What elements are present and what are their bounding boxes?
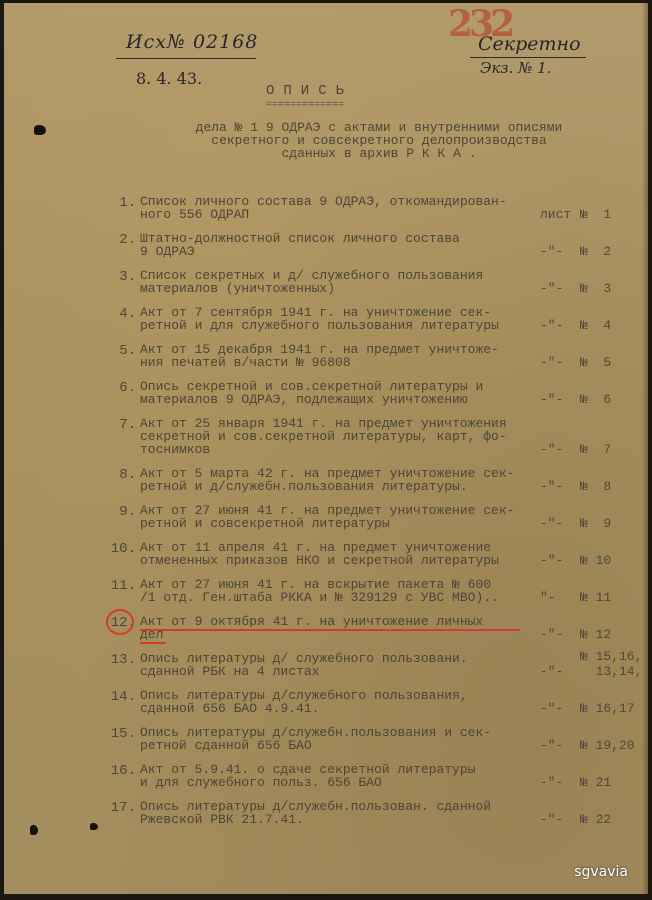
- item-number: 5.: [104, 343, 136, 359]
- item-sheet-ref: № 19,20: [580, 738, 650, 753]
- item-ditto-mark: -"-: [540, 627, 563, 642]
- item-ditto-mark: -"-: [540, 516, 563, 531]
- item-ditto-mark: -"-: [540, 701, 563, 716]
- red-underline: [140, 629, 520, 631]
- item-sheet-ref: № 1: [580, 207, 650, 222]
- item-number: 17.: [104, 800, 136, 816]
- item-number: 4.: [104, 306, 136, 322]
- item-description: Штатно-должностной список личного состав…: [140, 232, 550, 258]
- inventory-item: 13.Опись литературы д/ служебного пользо…: [104, 652, 644, 689]
- item-ditto-mark: -"-: [540, 392, 563, 407]
- item-sheet-ref: № 5: [580, 355, 650, 370]
- ink-blot: [34, 125, 46, 135]
- inventory-item: 2.Штатно-должностной список личного сост…: [104, 232, 644, 269]
- inventory-item: 15.Опись литературы д/служебн.пользовани…: [104, 726, 644, 763]
- ink-blot: [30, 825, 38, 835]
- item-ditto-mark: -"-: [540, 812, 563, 827]
- item-description: Список личного состава 9 ОДРАЭ, откоманд…: [140, 195, 550, 221]
- item-description: Опись литературы д/служебн.пользован. сд…: [140, 800, 550, 826]
- inventory-item: 9.Акт от 27 июня 41 г. на предмет уничто…: [104, 504, 644, 541]
- document-title: ОПИСЬ: [266, 83, 353, 99]
- item-number: 10.: [104, 541, 136, 557]
- item-sheet-ref: № 16,17: [580, 701, 650, 716]
- item-description: Акт от 27 июня 41 г. на вскрытие пакета …: [140, 578, 550, 604]
- classification-mark: Секретно: [478, 33, 581, 55]
- item-number: 13.: [104, 652, 136, 668]
- red-underline: [140, 642, 166, 644]
- watermark: sgvavia: [574, 864, 628, 880]
- inventory-item: 17.Опись литературы д/служебн.пользован.…: [104, 800, 644, 837]
- item-ditto-mark: -"-: [540, 442, 563, 457]
- item-ditto-mark: -"-: [540, 775, 563, 790]
- item-sheet-ref: № 21: [580, 775, 650, 790]
- red-circle-mark: [106, 609, 134, 635]
- inventory-item: 16.Акт от 5.9.41. о сдаче секретной лите…: [104, 763, 644, 800]
- item-ditto-mark: -"-: [540, 281, 563, 296]
- item-description: Опись литературы д/служебного пользовани…: [140, 689, 550, 715]
- item-sheet-ref: № 3: [580, 281, 650, 296]
- item-number: 8.: [104, 467, 136, 483]
- item-sheet-ref: № 11: [580, 590, 650, 605]
- title-underline: =============: [266, 100, 344, 111]
- inventory-item: 1.Список личного состава 9 ОДРАЭ, откома…: [104, 195, 644, 232]
- archive-number: Исх№ 02168: [126, 31, 258, 53]
- item-description: Акт от 9 октября 41 г. на уничтожение ли…: [140, 615, 550, 641]
- item-sheet-ref: № 6: [580, 392, 650, 407]
- inventory-item: 3.Список секретных и д/ служебного польз…: [104, 269, 644, 306]
- inventory-item: 5.Акт от 15 декабря 1941 г. на предмет у…: [104, 343, 644, 380]
- inventory-item: 12.Акт от 9 октября 41 г. на уничтожение…: [104, 615, 644, 652]
- item-description: Акт от 11 апреля 41 г. на предмет уничто…: [140, 541, 550, 567]
- item-sheet-ref: № 4: [580, 318, 650, 333]
- inventory-item: 7.Акт от 25 января 1941 г. на предмет ун…: [104, 417, 644, 467]
- item-sheet-ref: № 10: [580, 553, 650, 568]
- document-subtitle: дела № 1 9 ОДРАЭ с актами и внутренними …: [164, 121, 594, 160]
- item-number: 15.: [104, 726, 136, 742]
- inventory-item: 8.Акт от 5 марта 42 г. на предмет уничто…: [104, 467, 644, 504]
- archive-date: 8. 4. 43.: [136, 69, 202, 88]
- item-sheet-ref: № 15,16, 13,14,: [580, 649, 650, 679]
- item-sheet-ref: № 7: [580, 442, 650, 457]
- item-number: 3.: [104, 269, 136, 285]
- item-description: Акт от 27 июня 41 г. на предмет уничтоже…: [140, 504, 550, 530]
- item-ditto-mark: -"-: [540, 355, 563, 370]
- inventory-item: 10.Акт от 11 апреля 41 г. на предмет уни…: [104, 541, 644, 578]
- item-sheet-ref: № 9: [580, 516, 650, 531]
- item-sheet-ref: № 12: [580, 627, 650, 642]
- item-description: Акт от 5 марта 42 г. на предмет уничтоже…: [140, 467, 550, 493]
- inventory-item: 6.Опись секретной и сов.секретной литера…: [104, 380, 644, 417]
- item-ditto-mark: -"-: [540, 664, 563, 679]
- archive-number-underline: [116, 58, 256, 59]
- item-ditto-mark: -"-: [540, 738, 563, 753]
- item-sheet-ref: № 22: [580, 812, 650, 827]
- item-description: Акт от 15 декабря 1941 г. на предмет уни…: [140, 343, 550, 369]
- classification-underline: [470, 57, 586, 58]
- item-description: Акт от 25 января 1941 г. на предмет унич…: [140, 417, 550, 456]
- document-sheet: Исх№ 02168 8. 4. 43. 232 Секретно Экз. №…: [4, 3, 648, 894]
- item-number: 7.: [104, 417, 136, 433]
- inventory-list: 1.Список личного состава 9 ОДРАЭ, откома…: [104, 195, 644, 837]
- item-number: 1.: [104, 195, 136, 211]
- item-description: Акт от 5.9.41. о сдаче секретной литерат…: [140, 763, 550, 789]
- item-number: 9.: [104, 504, 136, 520]
- item-number: 2.: [104, 232, 136, 248]
- item-number: 16.: [104, 763, 136, 779]
- item-ditto-mark: -"-: [540, 244, 563, 259]
- item-ditto-mark: лист: [540, 207, 571, 222]
- copy-number: Экз. № 1.: [480, 59, 551, 77]
- item-ditto-mark: -"-: [540, 553, 563, 568]
- inventory-item: 4.Акт от 7 сентября 1941 г. на уничтожен…: [104, 306, 644, 343]
- item-number: 6.: [104, 380, 136, 396]
- inventory-item: 11.Акт от 27 июня 41 г. на вскрытие паке…: [104, 578, 644, 615]
- item-description: Опись литературы д/служебн.пользования и…: [140, 726, 550, 752]
- item-description: Опись секретной и сов.секретной литерату…: [140, 380, 550, 406]
- item-description: Акт от 7 сентября 1941 г. на уничтожение…: [140, 306, 550, 332]
- item-sheet-ref: № 2: [580, 244, 650, 259]
- item-description: Опись литературы д/ служебного пользован…: [140, 652, 550, 678]
- item-number: 11.: [104, 578, 136, 594]
- item-description: Список секретных и д/ служебного пользов…: [140, 269, 550, 295]
- inventory-item: 14.Опись литературы д/служебного пользов…: [104, 689, 644, 726]
- item-number: 14.: [104, 689, 136, 705]
- item-ditto-mark: -"-: [540, 479, 563, 494]
- item-ditto-mark: -"-: [540, 318, 563, 333]
- item-ditto-mark: "-: [540, 590, 556, 605]
- item-sheet-ref: № 8: [580, 479, 650, 494]
- ink-blot: [90, 823, 98, 830]
